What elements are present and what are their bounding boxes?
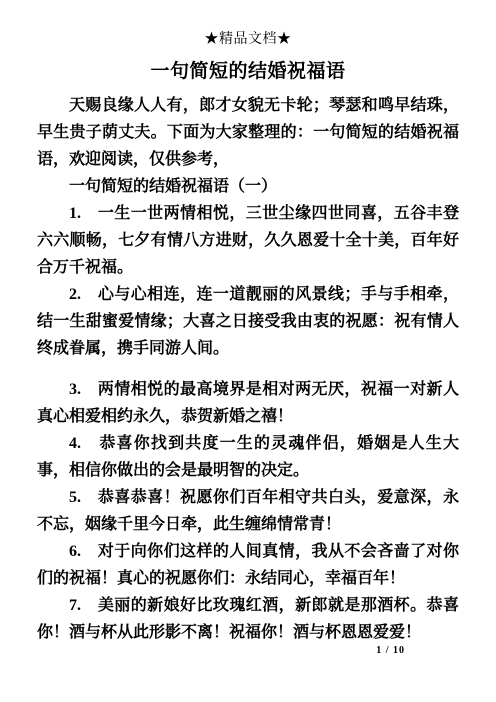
document-page: ★精品文档★ 一句简短的结婚祝福语 天赐良缘人人有，郎才女貌无卡轮；琴瑟和鸣早结… [0, 0, 496, 702]
page-number-indicator: 1 / 10 [376, 645, 405, 657]
document-body: 天赐良缘人人有，郎才女貌无卡轮；琴瑟和鸣早结珠，早生贵子荫丈夫。下面为大家整理的… [37, 92, 459, 646]
intro-paragraph: 天赐良缘人人有，郎才女貌无卡轮；琴瑟和鸣早结珠，早生贵子荫丈夫。下面为大家整理的… [37, 92, 459, 173]
list-item-4: 4. 恭喜你找到共度一生的灵魂伴侣，婚姻是人生大事，相信你做出的会是最明智的决定… [37, 430, 459, 484]
list-item-1: 1. 一生一世两情相悦，三世尘缘四世同喜，五谷丰登六六顺畅，七夕有情八方进财，久… [37, 200, 459, 281]
list-item-2: 2. 心与心相连，连一道靓丽的风景线；手与手相牵，结一生甜蜜爱情缘；大喜之日接受… [37, 281, 459, 362]
list-item-3: 3. 两情相悦的最高境界是相对两无厌，祝福一对新人真心相爱相约永久，恭贺新婚之禧… [37, 376, 459, 430]
document-title: 一句简短的结婚祝福语 [0, 60, 496, 84]
section-heading: 一句简短的结婚祝福语（一） [37, 173, 459, 200]
list-item-6: 6. 对于向你们这样的人间真情，我从不会吝啬了对你们的祝福！真心的祝愿你们：永结… [37, 538, 459, 592]
header-marker: ★精品文档★ [0, 33, 496, 47]
list-item-7: 7. 美丽的新娘好比玫瑰红酒，新郎就是那酒杯。恭喜你！酒与杯从此形影不离！祝福你… [37, 592, 459, 646]
list-item-5: 5. 恭喜恭喜！祝愿你们百年相守共白头，爱意深，永不忘，姻缘千里今日牵，此生缠绵… [37, 484, 459, 538]
